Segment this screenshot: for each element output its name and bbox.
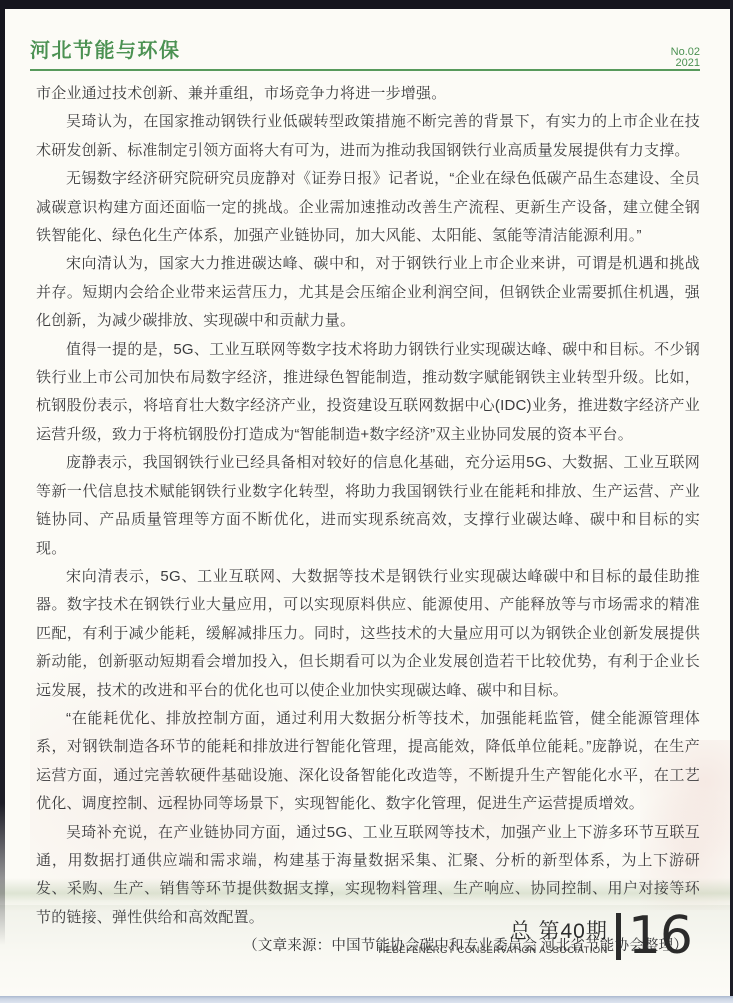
- article-paragraph: “在能耗优化、排放控制方面，通过利用大数据分析等技术，加强能耗监管，健全能源管理…: [36, 705, 700, 819]
- issue-number: No.02 2021: [671, 47, 700, 69]
- article-paragraph: 宋向清认为，国家大力推进碳达峰、碳中和，对于钢铁行业上市企业来讲，可谓是机遇和挑…: [36, 250, 700, 335]
- masthead: 河北节能与环保 No.02 2021: [30, 36, 700, 66]
- footer-issue-block: 总 第40期 HEBEI ENERGY CONSERVATION ASSOCIA…: [379, 914, 608, 958]
- window-bottom-edge: [0, 996, 733, 1003]
- scan-left-edge: [0, 0, 5, 945]
- scan-top-edge: [0, 0, 733, 9]
- article-paragraph: 庞静表示，我国钢铁行业已经具备相对较好的信息化基础，充分运用5G、大数据、工业互…: [36, 449, 700, 563]
- magazine-page: 河北节能与环保 No.02 2021 市企业通过技术创新、兼并重组，市场竞争力将…: [0, 0, 733, 1003]
- article-paragraph: 无锡数字经济研究院研究员庞静对《证券日报》记者说，“企业在绿色低碳产品生态建设、…: [36, 165, 700, 250]
- article-paragraph: 宋向清表示，5G、工业互联网、大数据等技术是钢铁行业实现碳达峰碳中和目标的最佳助…: [36, 563, 700, 705]
- article-body: 市企业通过技术创新、兼并重组，市场竞争力将进一步增强。 吴琦认为，在国家推动钢铁…: [36, 80, 700, 961]
- header-rule: [30, 69, 700, 71]
- article-paragraph: 吴琦认为，在国家推动钢铁行业低碳转型政策措施不断完善的背景下，有实力的上市企业在…: [36, 108, 700, 165]
- magazine-title: 河北节能与环保: [30, 34, 181, 63]
- page-footer: 总 第40期 HEBEI ENERGY CONSERVATION ASSOCIA…: [379, 910, 692, 962]
- page-number: 16: [628, 910, 692, 962]
- issue-total-label: 总 第40期: [379, 920, 608, 944]
- issue-year: 2021: [671, 58, 700, 69]
- association-name: HEBEI ENERGY CONSERVATION ASSOCIATION: [379, 944, 608, 958]
- article-paragraph: 值得一提的是，5G、工业互联网等数字技术将助力钢铁行业实现碳达峰、碳中和目标。不…: [36, 336, 700, 450]
- article-paragraph: 市企业通过技术创新、兼并重组，市场竞争力将进一步增强。: [36, 80, 700, 108]
- footer-divider-bar: [616, 913, 621, 960]
